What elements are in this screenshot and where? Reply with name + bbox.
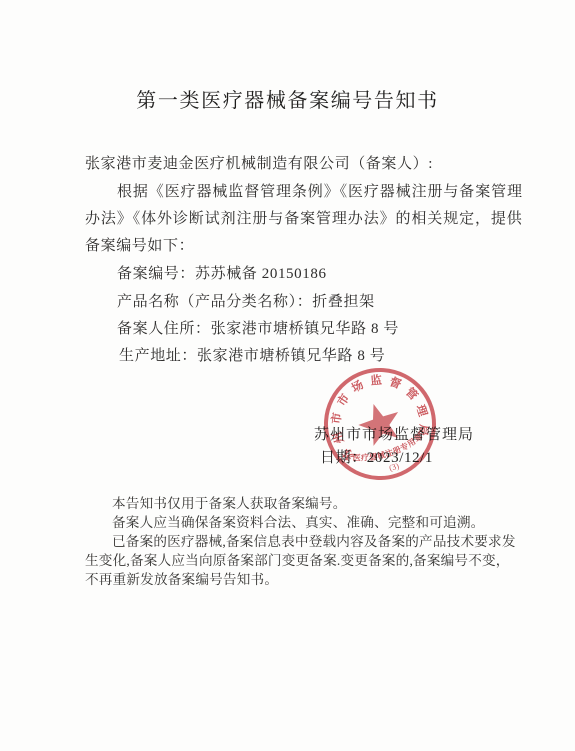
note-line-3: 已备案的医疗器械,备案信息表中登载内容及备案的产品技术要求发 — [112, 530, 516, 550]
intro-line-2: 办法》《体外诊断试剂注册与备案管理办法》的相关规定，提供 — [85, 207, 523, 228]
svg-text:理: 理 — [413, 403, 429, 418]
intro-line-3: 备案编号如下： — [85, 234, 194, 255]
field-registrant-address: 备案人住所：张家港市塘桥镇兄华路 8 号 — [117, 317, 399, 338]
issue-date: 日期：2023/12/1 — [320, 446, 433, 467]
document-title: 第一类医疗器械备案编号告知书 — [0, 84, 575, 113]
issuing-authority: 苏州市市场监督管理局 — [314, 423, 474, 444]
svg-text:管: 管 — [403, 385, 421, 403]
salutation-line: 张家港市麦迪金医疗机械制造有限公司（备案人）: — [85, 152, 433, 173]
svg-text:场: 场 — [349, 377, 366, 395]
svg-text:监: 监 — [370, 373, 383, 388]
note-line-4: 生变化,备案人应当向原备案部门变更备案.变更备案的,备案编号不变， — [85, 549, 510, 569]
field-production-address: 生产地址：张家港市塘桥镇兄华路 8 号 — [119, 344, 385, 365]
field-filing-number: 备案编号：苏苏械备 20150186 — [117, 262, 327, 283]
note-line-5: 不再重新发放备案编号告知书。 — [85, 568, 278, 588]
svg-text:市: 市 — [334, 391, 352, 409]
field-product-name: 产品名称（产品分类名称）：折叠担架 — [117, 290, 375, 311]
document-page: 第一类医疗器械备案编号告知书 张家港市麦迪金医疗机械制造有限公司（备案人）: 根… — [0, 0, 575, 751]
note-line-1: 本告知书仅用于备案人获取备案编号。 — [112, 492, 347, 512]
svg-text:督: 督 — [388, 374, 404, 391]
intro-line-1: 根据《医疗器械监督管理条例》《医疗器械注册与备案管理 — [117, 180, 523, 201]
note-line-2: 备案人应当确保备案资料合法、真实、准确、完整和可追溯。 — [112, 511, 484, 531]
